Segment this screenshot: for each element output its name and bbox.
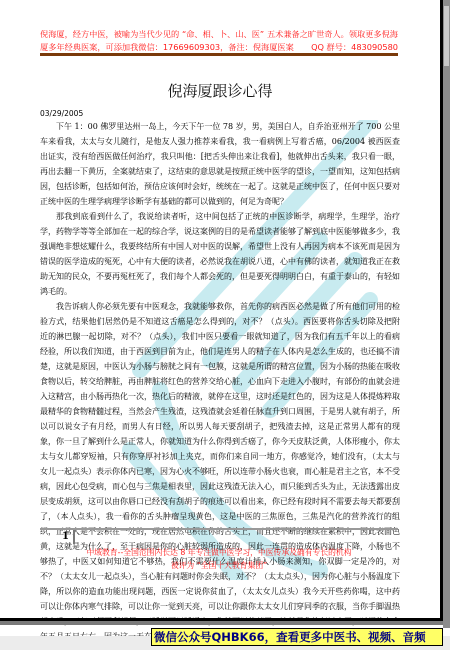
- paragraph: 我告诉病人你必须先要有中医观念，我就能够救你，首先你的病西医必然是做了所有他们可…: [40, 299, 400, 644]
- header-line1-left: 倪海厦，经方中医，被喻为当代少见的: [40, 28, 179, 41]
- document-page: 倪海厦，经方中医，被喻为当代少见的 “命、相、卜、山、医” 五术兼备之旷世奇人。…: [0, 0, 443, 621]
- page-shadow: [0, 621, 443, 625]
- document-title: 倪海厦跟诊心得: [0, 80, 440, 101]
- page-number: 1: [62, 531, 69, 542]
- paragraph: 那我到底看到什么了，我说给读者听，这中间包括了正统的中医诊断学，病理学，生理学，…: [40, 209, 400, 299]
- promo-header: 倪海厦，经方中医，被喻为当代少见的 “命、相、卜、山、医” 五术兼备之旷世奇人。…: [40, 28, 398, 54]
- footer-line2: 被评为 “全国十大教育集团”: [40, 559, 398, 572]
- document-date: 03/29/2005: [40, 109, 83, 118]
- promo-footer: 中域教育--全国范围内长达 8 年专注做中医学习，中医传承及确有专长的机构 被评…: [40, 546, 398, 572]
- wechat-promo-banner: 微信公众号QHBK66，查看更多中医书、视频、音频: [151, 628, 443, 646]
- paragraph: 下午 1：00 佛罗里达州一岛上，今天下午一位 78 岁，男，美国白人，自乔治亚…: [40, 119, 400, 209]
- vertical-scrollbar[interactable]: [443, 0, 450, 628]
- header-line1-right: 五术兼备之旷世奇人。领取更多倪海: [267, 28, 398, 41]
- header-divider: [40, 53, 398, 56]
- footer-divider: [40, 528, 398, 530]
- page-number-separator: [73, 530, 75, 544]
- footer-line1: 中域教育--全国范围内长达 8 年专注做中医学习，中医传承及确有专长的机构: [40, 546, 398, 559]
- header-line1-mid: “命、相、卜、山、医”: [182, 28, 264, 41]
- scrollbar-thumb[interactable]: [444, 6, 449, 66]
